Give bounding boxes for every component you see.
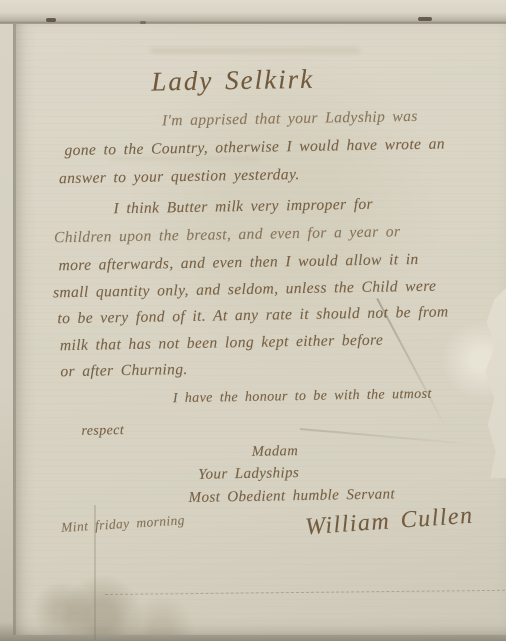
handwriting-layer: Lady Selkirk I'm apprised that your Lady… <box>0 0 506 641</box>
letter-line: Children upon the breast, and even for a… <box>54 223 401 247</box>
closing-line: I have the honour to be with the utmost <box>173 387 432 408</box>
letter-line: or after Churning. <box>60 361 188 381</box>
letter-line: more afterwards, and even then I would a… <box>58 251 418 275</box>
closing-line: Your Ladyships <box>198 465 299 484</box>
letter-line: to be very fond of it. At any rate it sh… <box>57 303 448 328</box>
signature: William Cullen <box>304 503 474 542</box>
letter-line: I'm apprised that your Ladyship was <box>162 108 418 130</box>
letter-line: small quantity only, and seldom, unless … <box>53 278 437 303</box>
letter-line: I think Butter milk very improper for <box>113 196 373 219</box>
letter-heading: Lady Selkirk <box>151 64 314 98</box>
letter-line: answer to your question yesterday. <box>59 166 300 188</box>
closing-line: Most Obedient humble Servant <box>188 486 395 507</box>
closing-salutation: Madam <box>252 443 299 461</box>
dateline: Mint friday morning <box>61 512 186 536</box>
letter-line: milk that has not been long kept either … <box>60 332 384 356</box>
letter-line: gone to the Country, otherwise I would h… <box>64 135 445 160</box>
closing-line: respect <box>81 423 124 440</box>
letter-scan-photo: Lady Selkirk I'm apprised that your Lady… <box>0 0 506 641</box>
